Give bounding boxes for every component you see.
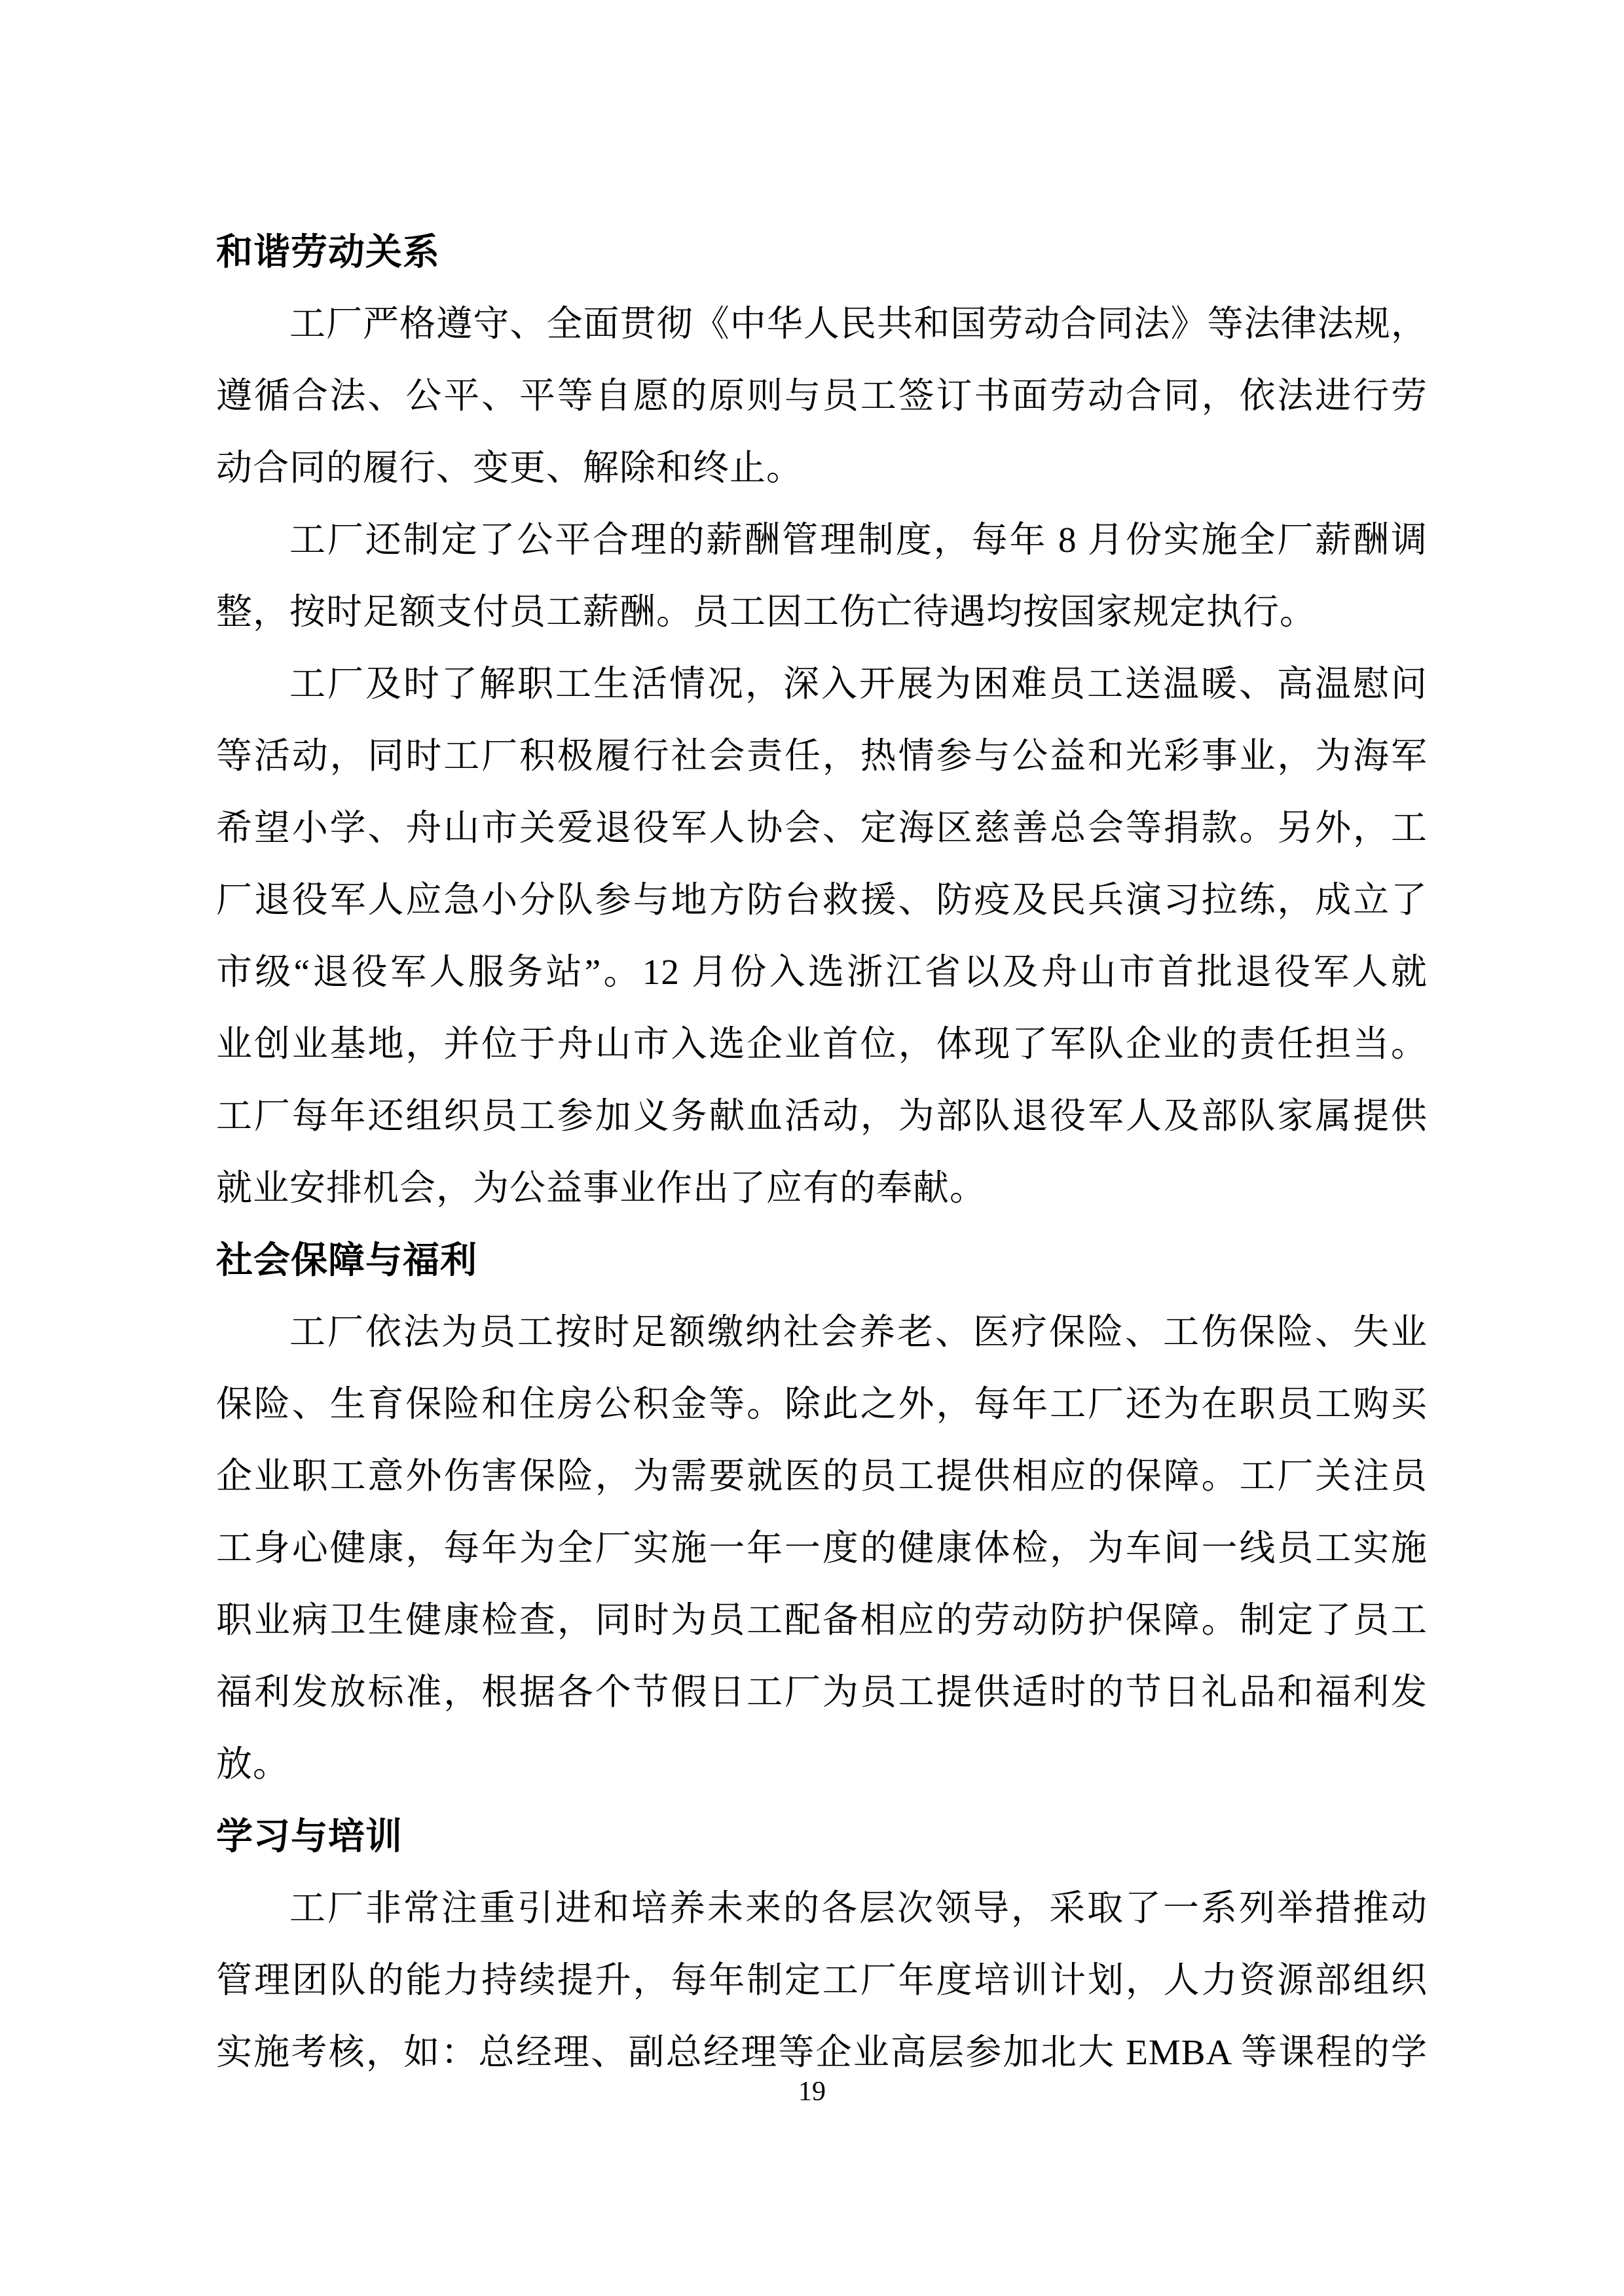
section-heading-learning-training: 学习与培训 <box>216 1800 1428 1872</box>
text-body: 和谐劳动关系 工厂严格遵守、全面贯彻《中华人民共和国劳动合同法》等法律法规， 遵… <box>216 216 1428 2088</box>
text-line: 就业安排机会，为公益事业作出了应有的奉献。 <box>216 1152 1428 1224</box>
text-line: 工厂还制定了公平合理的薪酬管理制度，每年 8 月份实施全厂薪酬调 <box>216 504 1428 576</box>
document-page: { "page_number": "19", "document": { "se… <box>0 0 1624 2296</box>
text-line: 工厂严格遵守、全面贯彻《中华人民共和国劳动合同法》等法律法规， <box>216 288 1428 360</box>
text-line: 工厂非常注重引进和培养未来的各层次领导，采取了一系列举措推动 <box>216 1872 1428 1944</box>
text-line: 工厂每年还组织员工参加义务献血活动，为部队退役军人及部队家属提供 <box>216 1080 1428 1152</box>
text-line: 管理团队的能力持续提升，每年制定工厂年度培训计划，人力资源部组织 <box>216 1944 1428 2016</box>
text-line: 市级“退役军人服务站”。12 月份入选浙江省以及舟山市首批退役军人就 <box>216 936 1428 1008</box>
text-line: 放。 <box>216 1728 1428 1800</box>
section-heading-harmonious-labor-relations: 和谐劳动关系 <box>216 216 1428 288</box>
section-heading-social-security-welfare: 社会保障与福利 <box>216 1224 1428 1296</box>
text-line: 工身心健康，每年为全厂实施一年一度的健康体检，为车间一线员工实施 <box>216 1512 1428 1584</box>
text-line: 希望小学、舟山市关爱退役军人协会、定海区慈善总会等捐款。另外，工 <box>216 792 1428 864</box>
text-line: 遵循合法、公平、平等自愿的原则与员工签订书面劳动合同，依法进行劳 <box>216 360 1428 432</box>
text-line: 保险、生育保险和住房公积金等。除此之外，每年工厂还为在职员工购买 <box>216 1368 1428 1440</box>
text-line: 等活动，同时工厂积极履行社会责任，热情参与公益和光彩事业，为海军 <box>216 720 1428 792</box>
text-line: 工厂依法为员工按时足额缴纳社会养老、医疗保险、工伤保险、失业 <box>216 1296 1428 1368</box>
text-line: 业创业基地，并位于舟山市入选企业首位，体现了军队企业的责任担当。 <box>216 1008 1428 1080</box>
text-line: 职业病卫生健康检查，同时为员工配备相应的劳动防护保障。制定了员工 <box>216 1584 1428 1656</box>
text-line: 企业职工意外伤害保险，为需要就医的员工提供相应的保障。工厂关注员 <box>216 1440 1428 1512</box>
text-line: 福利发放标准，根据各个节假日工厂为员工提供适时的节日礼品和福利发 <box>216 1656 1428 1728</box>
text-line: 厂退役军人应急小分队参与地方防台救援、防疫及民兵演习拉练，成立了 <box>216 864 1428 936</box>
text-line: 工厂及时了解职工生活情况，深入开展为困难员工送温暖、高温慰问 <box>216 648 1428 720</box>
page-number: 19 <box>0 2069 1624 2115</box>
text-line: 动合同的履行、变更、解除和终止。 <box>216 432 1428 504</box>
text-line: 整，按时足额支付员工薪酬。员工因工伤亡待遇均按国家规定执行。 <box>216 576 1428 648</box>
